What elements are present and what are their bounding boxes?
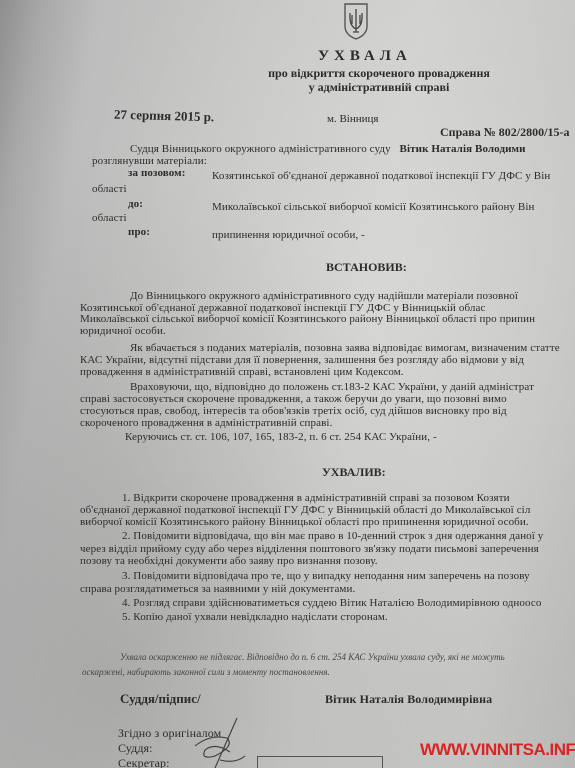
section-established: ВСТАНОВИВ: xyxy=(326,260,407,275)
case-number: Справа № 802/2800/15-а xyxy=(440,125,569,140)
ruled-line: 2. Повідомити відповідача, що він має пр… xyxy=(122,530,543,542)
ruled-line: 1. Відкрити скорочене провадження в адмі… xyxy=(122,492,510,504)
judge-name: Вітик Наталія Володими xyxy=(400,143,526,155)
ruled-line: виборчої комісії Козятинського району Ві… xyxy=(80,516,529,528)
stamp-box xyxy=(257,756,383,768)
to-value: Миколаївської сільської виборчої комісії… xyxy=(212,201,535,213)
handwritten-signature xyxy=(185,716,265,768)
established-line: юридичної особи. xyxy=(80,325,166,337)
certified-line-3: Секретар: xyxy=(118,756,170,768)
established-line: Як вбачається з поданих матеріалів, позо… xyxy=(130,342,560,354)
established-line: Керуючись ст. ст. 106, 107, 165, 183-2, … xyxy=(125,431,437,443)
established-line: Миколаївської сільської виборчої комісії… xyxy=(80,313,535,325)
established-line: провадження в адміністративній справі, в… xyxy=(80,366,404,378)
ruled-line: 5. Копію даної ухвали невідкладно надісл… xyxy=(122,611,388,623)
to-label: до: xyxy=(128,198,143,210)
established-line: До Вінницького окружного адміністративно… xyxy=(130,290,518,302)
document-photo: УХВАЛА про відкриття скороченого провадж… xyxy=(0,0,575,768)
site-watermark: WWW.VINNITSA.INFO xyxy=(420,740,575,760)
established-line: скороченого провадження в адміністративн… xyxy=(80,417,332,429)
claim-cont: області xyxy=(92,183,127,195)
trident-coat-of-arms-icon xyxy=(343,2,369,40)
note-line-2: оскаржені, набирають законної сили з мом… xyxy=(82,667,330,677)
established-line: КАС України, відсутні підстави для її по… xyxy=(80,354,524,366)
document-subtitle: про відкриття скороченого провадження у … xyxy=(254,66,504,94)
intro-line-1: Судця Вінницького окружного адміністрати… xyxy=(130,143,526,155)
established-line: Враховуючи, що, відповідно до положень с… xyxy=(130,381,534,393)
signature-label: Суддя/підпис/ xyxy=(120,691,201,707)
ruled-line: 4. Розгляд справи здійснюватиметься судд… xyxy=(122,597,541,609)
signature-name: Вітик Наталія Володимирівна xyxy=(325,692,492,707)
section-ruled: УХВАЛИВ: xyxy=(322,465,386,480)
established-line: справі застосовується скорочене провадже… xyxy=(80,393,507,405)
about-value: припинення юридичної особи, - xyxy=(212,229,365,241)
ruled-line: позову та необхідні документи або заяву … xyxy=(80,555,378,567)
note-line-1: Ухвала оскарженню не підлягає. Відповідн… xyxy=(120,652,505,662)
ruled-line: справа розглядатиметься за наявними у ні… xyxy=(80,583,355,595)
document-date: 27 серпня 2015 р. xyxy=(114,107,215,126)
intro-court-text: Судця Вінницького окружного адміністрати… xyxy=(130,143,391,155)
certified-line-2: Суддя: xyxy=(118,741,153,756)
about-label: про: xyxy=(128,226,150,238)
subtitle-line-2: у адміністративній справі xyxy=(254,80,504,94)
claim-label: за позовом: xyxy=(128,167,186,179)
claim-value: Козятинської об'єднаної державної податк… xyxy=(212,170,550,182)
ruled-line: об'єднаної державної податкової інспекці… xyxy=(80,504,530,516)
established-line: стосуються прав, свобод, інтересів та об… xyxy=(80,405,507,417)
ruled-line: 3. Повідомити відповідача про те, що у в… xyxy=(122,570,530,582)
subtitle-line-1: про відкриття скороченого провадження xyxy=(254,66,504,80)
document-city: м. Вінниця xyxy=(327,113,378,125)
to-cont: області xyxy=(92,212,127,224)
ruled-line: через відділ прийому суду або через відд… xyxy=(80,543,539,555)
document-title: УХВАЛА xyxy=(318,48,412,65)
intro-line-2: розглянувши матеріали: xyxy=(92,155,207,167)
